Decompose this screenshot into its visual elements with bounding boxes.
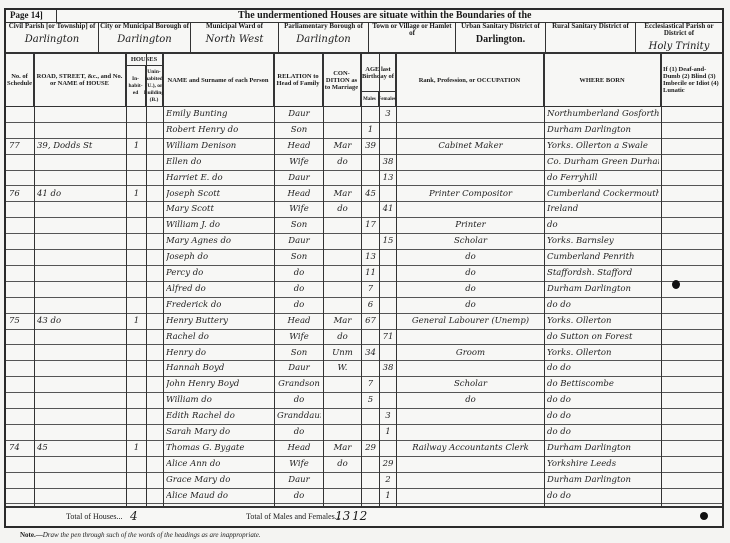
cell-male: 5 [364,393,377,406]
cell-inhabited [129,202,144,215]
cell-inhabited [129,171,144,184]
cell-relation: Head [277,139,321,152]
table-row: 7739, Dodds St1William DenisonHeadMar39C… [6,139,722,155]
cell-schedule [9,473,32,486]
cell-condition [326,425,359,438]
table-row: William J. doSon17Printerdo [6,218,722,234]
cell-schedule [9,425,32,438]
cell-road [37,377,124,390]
cell-relation: do [277,393,321,406]
cell-male [364,409,377,422]
boundary-field: Civil Parish [or Township] ofDarlington [6,22,99,52]
total-houses-value: 4 [130,509,138,523]
column-rule [163,54,164,506]
column-rule [323,54,324,506]
column-header-born: WHERE BORN [544,54,661,106]
cell-female [382,346,394,359]
column-rule [34,54,35,506]
cell-name: William J. do [166,218,272,231]
cell-name: Grace Mary do [166,473,272,486]
cell-male: 6 [364,298,377,311]
cell-female: 38 [382,361,394,374]
cell-inhabited [129,250,144,263]
column-header-uninhabited: Unin-habited (U.), or Building (B.) [146,66,163,106]
cell-inhabited [129,377,144,390]
cell-schedule: 74 [9,441,32,454]
cell-female: 3 [382,409,394,422]
column-rule [544,54,545,506]
cell-male [364,155,377,168]
footnote: Note.—Draw the pen through such of the w… [20,531,261,539]
column-header-females: Females [379,92,396,106]
cell-male [364,473,377,486]
table-row: Alice Maud dodo1do do [6,489,722,505]
cell-male [364,202,377,215]
column-header-occupation: Rank, Profession, or OCCUPATION [396,54,544,106]
cell-road [37,282,124,295]
cell-born: do Sutton on Forest [547,330,659,343]
cell-schedule [9,282,32,295]
cell-road: 39, Dodds St [37,139,124,152]
cell-occupation: Printer [399,218,542,231]
cell-condition: Mar [326,139,359,152]
cell-road [37,155,124,168]
cell-schedule [9,266,32,279]
cell-occupation: do [399,298,542,311]
cell-relation: do [277,298,321,311]
cell-relation: Daur [277,234,321,247]
cell-road [37,234,124,247]
cell-male: 1 [364,123,377,136]
cell-schedule [9,123,32,136]
cell-condition [326,409,359,422]
boundary-label: Urban Sanitary District of [456,22,545,30]
cell-occupation [399,202,542,215]
cell-occupation: do [399,250,542,263]
cell-road [37,489,124,502]
total-persons-label: Total of Males and Females... [246,512,341,521]
cell-male [364,171,377,184]
boundary-field: City or Municipal Borough ofDarlington [99,22,191,52]
cell-road [37,171,124,184]
cell-inhabited [129,123,144,136]
cell-road [37,123,124,136]
cell-name: Thomas G. Bygate [166,441,272,454]
cell-male: 29 [364,441,377,454]
cell-born: Ireland [547,202,659,215]
cell-schedule [9,346,32,359]
cell-condition: Mar [326,314,359,327]
column-rule [146,54,147,506]
cell-born: do do [547,393,659,406]
cell-male: 7 [364,377,377,390]
cell-occupation: Groom [399,346,542,359]
cell-male [364,234,377,247]
cell-male [364,489,377,502]
cell-male: 13 [364,250,377,263]
cell-relation: Son [277,250,321,263]
cell-schedule [9,234,32,247]
cell-male [364,330,377,343]
boundary-value: Darlington [99,34,190,45]
cell-relation: Son [277,346,321,359]
footnote-prefix: Note.— [20,531,43,539]
column-rule [274,54,275,506]
cell-road [37,425,124,438]
total-houses-label: Total of Houses... [66,512,123,521]
table-row: Mary ScottWifedo41Ireland [6,202,722,218]
cell-schedule [9,250,32,263]
cell-condition: do [326,202,359,215]
table-row: Robert Henry doSon1Durham Darlington [6,123,722,139]
cell-name: Hannah Boyd [166,361,272,374]
cell-occupation: Cabinet Maker [399,139,542,152]
cell-male: 17 [364,218,377,231]
cell-female: 1 [382,489,394,502]
cell-occupation [399,330,542,343]
cell-relation: Grandson [277,377,321,390]
cell-schedule: 75 [9,314,32,327]
cell-name: Rachel do [166,330,272,343]
boundary-label: Town or Village or Hamlet of [369,22,455,37]
table-row: Harriet E. doDaur13do Ferryhill [6,171,722,187]
cell-female [382,123,394,136]
cell-name: John Henry Boyd [166,377,272,390]
cell-born: do do [547,425,659,438]
cell-female [382,282,394,295]
column-rule [396,54,397,506]
cell-road [37,298,124,311]
cell-inhabited [129,298,144,311]
cell-condition [326,171,359,184]
cell-name: Harriet E. do [166,171,272,184]
table-row: Frederick dodo6dodo do [6,298,722,314]
totals-row: Total of Houses... 4 Total of Males and … [6,506,722,528]
cell-road [37,218,124,231]
cell-name: Robert Henry do [166,123,272,136]
cell-occupation [399,473,542,486]
cell-female: 13 [382,171,394,184]
cell-condition [326,377,359,390]
cell-female: 38 [382,155,394,168]
cell-name: Alfred do [166,282,272,295]
cell-born: Durham Darlington [547,282,659,295]
table-row: Grace Mary doDaur2Durham Darlington [6,473,722,489]
cell-road [37,250,124,263]
table-row: Sarah Mary dodo1do do [6,425,722,441]
cell-schedule [9,489,32,502]
cell-name: Ellen do [166,155,272,168]
cell-occupation: Scholar [399,234,542,247]
page-title: The undermentioned Houses are situate wi… [238,10,531,21]
cell-born: Durham Darlington [547,473,659,486]
cell-occupation: Scholar [399,377,542,390]
cell-schedule [9,107,32,120]
cell-schedule: 76 [9,187,32,200]
table-row: Alice Ann doWifedo29Yorkshire Leeds [6,457,722,473]
cell-schedule [9,202,32,215]
cell-female [382,441,394,454]
cell-inhabited [129,330,144,343]
cell-born: Northumberland Gosforth [547,107,659,120]
cell-condition: W. [326,361,359,374]
cell-occupation: do [399,266,542,279]
column-header-schedule: No. of Schedule [6,54,34,106]
cell-female: 15 [382,234,394,247]
cell-born: Yorks. Barnsley [547,234,659,247]
cell-relation: Daur [277,473,321,486]
column-header-condition: CON-DITION as to Marriage [323,54,361,106]
cell-occupation [399,361,542,374]
cell-female: 41 [382,202,394,215]
cell-inhabited [129,361,144,374]
cell-occupation [399,155,542,168]
cell-condition: Unm [326,346,359,359]
cell-relation: do [277,266,321,279]
cell-male [364,457,377,470]
cell-male: 39 [364,139,377,152]
cell-male: 11 [364,266,377,279]
cell-inhabited [129,155,144,168]
cell-name: Edith Rachel do [166,409,272,422]
census-sheet: Page 14] The undermentioned Houses are s… [4,8,724,528]
cell-male: 67 [364,314,377,327]
cell-schedule [9,457,32,470]
boundary-label: City or Municipal Borough of [99,22,190,30]
cell-relation: Daur [277,361,321,374]
column-rule [126,54,127,506]
cell-inhabited: 1 [129,314,144,327]
boundary-field: Urban Sanitary District ofDarlington. [456,22,546,52]
cell-condition [326,473,359,486]
cell-born: Yorks. Ollerton a Swale [547,139,659,152]
cell-condition [326,234,359,247]
cell-born: Durham Darlington [547,441,659,454]
cell-road: 43 do [37,314,124,327]
cell-road [37,107,124,120]
boundary-label: Rural Sanitary District of [546,22,635,30]
cell-inhabited [129,489,144,502]
cell-born: do [547,218,659,231]
boundary-label: Municipal Ward of [191,22,278,30]
cell-inhabited [129,473,144,486]
cell-inhabited: 1 [129,139,144,152]
cell-inhabited [129,457,144,470]
cell-relation: Head [277,187,321,200]
cell-born: do Ferryhill [547,171,659,184]
cell-name: Mary Agnes do [166,234,272,247]
cell-road [37,457,124,470]
cell-name: Alice Ann do [166,457,272,470]
total-males-value: 13 [335,509,350,523]
cell-relation: Wife [277,330,321,343]
cell-relation: Daur [277,107,321,120]
cell-condition [326,489,359,502]
cell-female [382,218,394,231]
cell-condition [326,393,359,406]
cell-male [364,361,377,374]
column-header-males: Males [361,92,379,106]
cell-schedule [9,361,32,374]
cell-female: 29 [382,457,394,470]
cell-condition [326,218,359,231]
boundary-value: Holy Trinity [636,41,722,52]
cell-schedule [9,330,32,343]
table-row: John Henry BoydGrandson7Scholardo Bettis… [6,377,722,393]
page-number: Page 14] [10,10,43,20]
cell-road [37,266,124,279]
page-number-box: Page 14] [6,10,57,22]
column-header-name: NAME and Surname of each Person [163,54,274,106]
cell-occupation [399,425,542,438]
cell-female [382,250,394,263]
cell-occupation [399,123,542,136]
cell-name: Emily Bunting [166,107,272,120]
cell-born: do do [547,298,659,311]
ink-blot [672,280,680,289]
cell-occupation [399,107,542,120]
cell-female: 1 [382,425,394,438]
cell-name: Joseph do [166,250,272,263]
cell-female [382,298,394,311]
cell-schedule: 77 [9,139,32,152]
cell-condition [326,282,359,295]
cell-female: 3 [382,107,394,120]
cell-road: 41 do [37,187,124,200]
cell-schedule [9,155,32,168]
cell-male: 34 [364,346,377,359]
cell-male: 45 [364,187,377,200]
cell-name: Percy do [166,266,272,279]
cell-road [37,393,124,406]
cell-relation: Son [277,123,321,136]
cell-name: Mary Scott [166,202,272,215]
cell-born: do do [547,409,659,422]
cell-relation: Head [277,441,321,454]
cell-born: Yorks. Ollerton [547,314,659,327]
cell-condition: Mar [326,441,359,454]
cell-occupation: Printer Compositor [399,187,542,200]
cell-born: do do [547,489,659,502]
total-females-value: 12 [352,509,367,523]
boundary-field: Parliamentary Borough ofDarlington [279,22,369,52]
table-row: Emily BuntingDaur3Northumberland Gosfort… [6,107,722,123]
table-row: 74451Thomas G. BygateHeadMar29Railway Ac… [6,441,722,457]
cell-female [382,139,394,152]
cell-inhabited [129,234,144,247]
cell-relation: Wife [277,155,321,168]
cell-schedule [9,409,32,422]
cell-born: do do [547,361,659,374]
column-header-infirmity: If (1) Deaf-and-Dumb (2) Blind (3) Imbec… [661,54,722,106]
cell-occupation: do [399,393,542,406]
boundary-label: Parliamentary Borough of [279,22,368,30]
cell-inhabited [129,107,144,120]
cell-born: Staffordsh. Stafford [547,266,659,279]
cell-relation: Head [277,314,321,327]
cell-name: William do [166,393,272,406]
cell-schedule [9,377,32,390]
cell-occupation [399,409,542,422]
table-row: 7543 do1Henry ButteryHeadMar67General La… [6,314,722,330]
cell-born: Yorks. Ollerton [547,346,659,359]
cell-inhabited: 1 [129,187,144,200]
table-row: Percy dodo11doStaffordsh. Stafford [6,266,722,282]
boundary-field: Ecclesiastical Parish or District ofHoly… [636,22,722,52]
cell-born: Yorkshire Leeds [547,457,659,470]
ink-blot [700,512,708,520]
boundary-value: North West [191,34,278,45]
cell-road [37,409,124,422]
cell-relation: Wife [277,457,321,470]
cell-female [382,314,394,327]
cell-born: Cumberland Penrith [547,250,659,263]
cell-condition: do [326,330,359,343]
cell-occupation [399,171,542,184]
cell-road [37,330,124,343]
cell-relation: Granddaur [277,409,321,422]
column-rule [379,54,380,506]
cell-relation: do [277,282,321,295]
boundary-value: Darlington [6,34,98,45]
cell-relation: Wife [277,202,321,215]
cell-condition [326,250,359,263]
cell-relation: do [277,489,321,502]
cell-male [364,107,377,120]
cell-female: 71 [382,330,394,343]
column-rule [361,54,362,506]
cell-road [37,346,124,359]
cell-inhabited [129,393,144,406]
table-row: Joseph doSon13doCumberland Penrith [6,250,722,266]
cell-female: 2 [382,473,394,486]
cell-name: Sarah Mary do [166,425,272,438]
boundary-value: Darlington. [456,34,545,45]
table-row: 7641 do1Joseph ScottHeadMar45Printer Com… [6,187,722,203]
cell-female [382,377,394,390]
column-header-relation: RELATION to Head of Family [274,54,323,106]
cell-road [37,473,124,486]
table-row: Rachel doWifedo71do Sutton on Forest [6,330,722,346]
cell-road [37,202,124,215]
cell-inhabited [129,266,144,279]
cell-inhabited: 1 [129,441,144,454]
boundary-label: Civil Parish [or Township] of [6,22,98,30]
table-row: William dodo5dodo do [6,393,722,409]
cell-name: Henry do [166,346,272,359]
cell-born: do Bettiscombe [547,377,659,390]
cell-relation: do [277,425,321,438]
cell-inhabited [129,425,144,438]
cell-road [37,361,124,374]
cell-occupation: General Labourer (Unemp) [399,314,542,327]
cell-inhabited [129,282,144,295]
cell-name: Alice Maud do [166,489,272,502]
boundary-field: Rural Sanitary District of [546,22,636,52]
table-row: Edith Rachel doGranddaur3do do [6,409,722,425]
cell-condition [326,298,359,311]
cell-occupation [399,489,542,502]
cell-born: Cumberland Cockermouth [547,187,659,200]
table-row: Hannah BoydDaurW.38do do [6,361,722,377]
cell-inhabited [129,409,144,422]
cell-born: Durham Darlington [547,123,659,136]
boundary-label: Ecclesiastical Parish or District of [636,22,722,37]
cell-schedule [9,298,32,311]
table-row: Ellen doWifedo38Co. Durham Green Durham [6,155,722,171]
table-row: Mary Agnes doDaur15ScholarYorks. Barnsle… [6,234,722,250]
cell-condition: do [326,155,359,168]
